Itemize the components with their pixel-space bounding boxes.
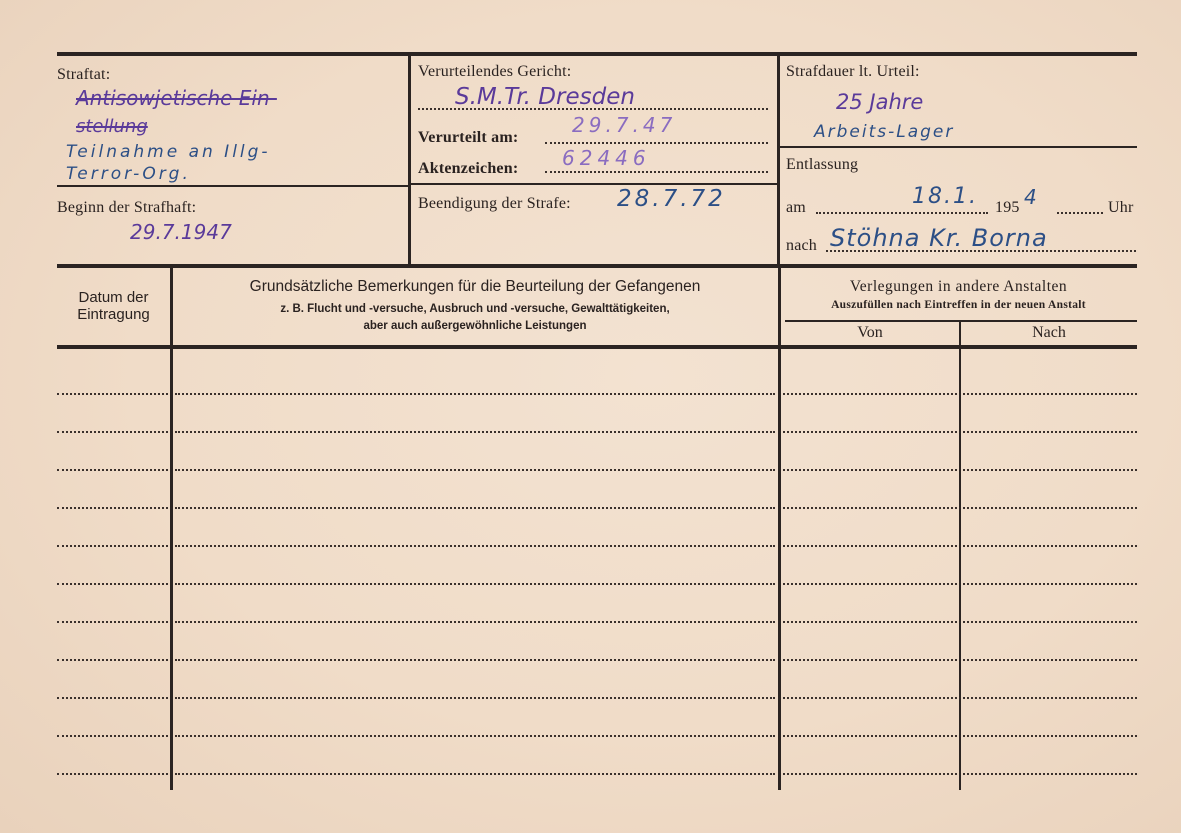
strafdauer-label: Strafdauer lt. Urteil: xyxy=(786,63,920,81)
cell-nach-line[interactable] xyxy=(963,545,1137,547)
gericht-label: Verurteilendes Gericht: xyxy=(418,63,571,81)
divider-middle-right xyxy=(777,54,780,266)
cell-von-line[interactable] xyxy=(783,659,957,661)
entlassung-year-suffix: 4 xyxy=(1024,185,1037,209)
cell-nach-line[interactable] xyxy=(963,773,1137,775)
entlassung-am-label: am xyxy=(786,199,806,217)
verurteilt-line xyxy=(545,142,768,144)
cell-bemerkungen-line[interactable] xyxy=(175,621,775,623)
cell-bemerkungen-line[interactable] xyxy=(175,773,775,775)
strafdauer-value-2: Arbeits-Lager xyxy=(814,122,954,142)
col-header-verlegungen-sub: Auszufüllen nach Eintreffen in der neuen… xyxy=(780,299,1137,311)
cell-bemerkungen-line[interactable] xyxy=(175,545,775,547)
header-bottom-rule xyxy=(57,345,1137,349)
cell-von-line[interactable] xyxy=(783,545,957,547)
cell-datum-line[interactable] xyxy=(57,583,168,585)
entlassung-am-line xyxy=(816,212,988,214)
cell-von-line[interactable] xyxy=(783,735,957,737)
rule-straftat-bottom xyxy=(57,185,409,187)
cell-datum-line[interactable] xyxy=(57,735,168,737)
cell-nach-line[interactable] xyxy=(963,697,1137,699)
top-rule xyxy=(57,52,1137,56)
col-divider-von-nach xyxy=(959,320,961,790)
col-header-bemerkungen-title: Grundsätzliche Bemerkungen für die Beurt… xyxy=(172,278,778,296)
cell-nach-line[interactable] xyxy=(963,393,1137,395)
straftat-entry-1: Teilnahme an Illg- xyxy=(66,142,271,162)
entlassung-label: Entlassung xyxy=(786,156,858,174)
verlegungen-underline xyxy=(785,320,1137,322)
rule-aktenzeichen-bottom xyxy=(409,183,778,185)
cell-bemerkungen-line[interactable] xyxy=(175,507,775,509)
straftat-label: Straftat: xyxy=(57,66,110,84)
gericht-value: S.M.Tr. Dresden xyxy=(455,84,635,110)
cell-bemerkungen-line[interactable] xyxy=(175,469,775,471)
cell-datum-line[interactable] xyxy=(57,507,168,509)
cell-von-line[interactable] xyxy=(783,393,957,395)
cell-von-line[interactable] xyxy=(783,773,957,775)
cell-nach-line[interactable] xyxy=(963,621,1137,623)
cell-bemerkungen-line[interactable] xyxy=(175,697,775,699)
beendigung-value: 28.7.72 xyxy=(617,186,726,212)
cell-bemerkungen-line[interactable] xyxy=(175,431,775,433)
col-header-bemerkungen-sub1: z. B. Flucht und -versuche, Ausbruch und… xyxy=(172,303,778,315)
cell-nach-line[interactable] xyxy=(963,469,1137,471)
cell-nach-line[interactable] xyxy=(963,735,1137,737)
straftat-entry-struck-2: stellung xyxy=(76,116,148,137)
beendigung-label: Beendigung der Strafe: xyxy=(418,195,571,213)
cell-von-line[interactable] xyxy=(783,507,957,509)
aktenzeichen-label: Aktenzeichen: xyxy=(418,160,518,178)
aktenzeichen-value: 62446 xyxy=(562,146,651,170)
cell-bemerkungen-line[interactable] xyxy=(175,659,775,661)
rule-strafdauer-bottom xyxy=(778,146,1137,148)
col-header-verlegungen-title: Verlegungen in andere Anstalten xyxy=(780,278,1137,296)
straftat-entry-struck-1: Antisowjetische Ein- xyxy=(76,86,277,110)
mid-rule xyxy=(57,264,1137,268)
entlassung-nach-label: nach xyxy=(786,237,817,255)
cell-von-line[interactable] xyxy=(783,469,957,471)
beginn-value: 29.7.1947 xyxy=(130,220,232,244)
cell-datum-line[interactable] xyxy=(57,469,168,471)
col-header-datum-2: Eintragung xyxy=(57,306,170,323)
cell-nach-line[interactable] xyxy=(963,431,1137,433)
cell-datum-line[interactable] xyxy=(57,431,168,433)
cell-datum-line[interactable] xyxy=(57,545,168,547)
verurteilt-label: Verurteilt am: xyxy=(418,129,518,147)
cell-nach-line[interactable] xyxy=(963,659,1137,661)
cell-datum-line[interactable] xyxy=(57,659,168,661)
entlassung-uhr-label: Uhr xyxy=(1108,199,1133,217)
cell-bemerkungen-line[interactable] xyxy=(175,583,775,585)
col-header-bemerkungen-sub2: aber auch außergewöhnliche Leistungen xyxy=(172,320,778,332)
entlassung-year-prefix: 195 xyxy=(995,199,1020,217)
divider-left-middle xyxy=(408,54,411,266)
col-header-nach: Nach xyxy=(961,324,1137,342)
straftat-entry-2: Terror-Org. xyxy=(66,164,191,184)
cell-von-line[interactable] xyxy=(783,431,957,433)
col-header-von: Von xyxy=(780,324,960,342)
beginn-label: Beginn der Strafhaft: xyxy=(57,199,196,217)
verurteilt-value: 29.7.47 xyxy=(572,113,676,137)
cell-bemerkungen-line[interactable] xyxy=(175,393,775,395)
cell-bemerkungen-line[interactable] xyxy=(175,735,775,737)
aktenzeichen-line xyxy=(545,171,768,173)
entlassung-nach-value: Stöhna Kr. Borna xyxy=(830,224,1048,252)
cell-datum-line[interactable] xyxy=(57,773,168,775)
strafdauer-value-1: 25 Jahre xyxy=(836,90,923,114)
col-header-datum-1: Datum der xyxy=(57,289,170,306)
cell-datum-line[interactable] xyxy=(57,697,168,699)
cell-nach-line[interactable] xyxy=(963,507,1137,509)
cell-von-line[interactable] xyxy=(783,697,957,699)
entlassung-am-value: 18.1. xyxy=(912,184,978,209)
cell-nach-line[interactable] xyxy=(963,583,1137,585)
cell-datum-line[interactable] xyxy=(57,393,168,395)
cell-von-line[interactable] xyxy=(783,583,957,585)
cell-datum-line[interactable] xyxy=(57,621,168,623)
cell-von-line[interactable] xyxy=(783,621,957,623)
gericht-line xyxy=(418,108,768,110)
entlassung-uhr-line xyxy=(1057,212,1103,214)
